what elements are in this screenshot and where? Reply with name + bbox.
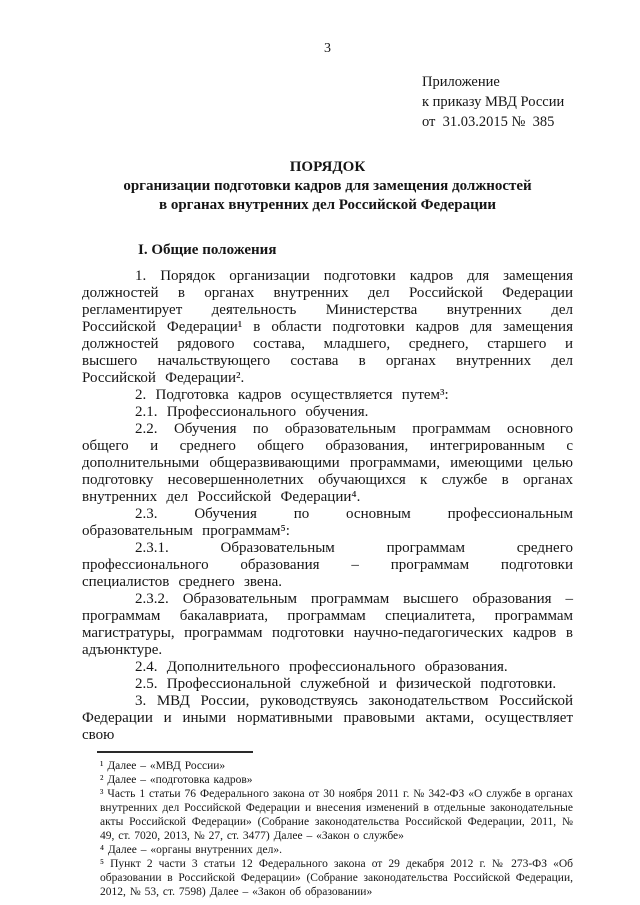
footnote-separator (97, 751, 253, 753)
title-line: ПОРЯДОК (82, 158, 573, 177)
body-paragraph: 2.1. Профессионального обучения. (82, 404, 573, 421)
document-title: ПОРЯДОК организации подготовки кадров дл… (82, 158, 573, 215)
appendix-block: Приложение к приказу МВД России от 31.03… (422, 72, 573, 132)
footnote: ¹ Далее – «МВД России» (100, 759, 573, 773)
appendix-line: Приложение (422, 72, 573, 92)
document-body: 1. Порядок организации подготовки кадров… (82, 268, 573, 744)
appendix-line: к приказу МВД России (422, 92, 573, 112)
body-paragraph: 2.3. Обучения по основным профессиональн… (82, 506, 573, 540)
appendix-line: от 31.03.2015 № 385 (422, 112, 573, 132)
body-paragraph: 2.5. Профессиональной служебной и физиче… (82, 676, 573, 693)
footnote: ² Далее – «подготовка кадров» (100, 773, 573, 787)
body-paragraph: 2.2. Обучения по образовательным програм… (82, 421, 573, 506)
footnote: ⁴ Далее – «органы внутренних дел». (100, 843, 573, 857)
section-heading: I. Общие положения (138, 242, 573, 259)
body-paragraph: 2.4. Дополнительного профессионального о… (82, 659, 573, 676)
footnote: ⁵ Пункт 2 части 3 статьи 12 Федерального… (100, 857, 573, 899)
footnotes-block: ¹ Далее – «МВД России» ² Далее – «подгот… (100, 759, 573, 899)
body-paragraph: 2.3.1. Образовательным программам средне… (82, 540, 573, 591)
body-paragraph: 2. Подготовка кадров осуществляется путе… (82, 387, 573, 404)
title-line: организации подготовки кадров для замеще… (82, 177, 573, 196)
body-paragraph: 2.3.2. Образовательным программам высшег… (82, 591, 573, 659)
body-paragraph: 3. МВД России, руководствуясь законодате… (82, 693, 573, 744)
title-line: в органах внутренних дел Российской Феде… (82, 196, 573, 215)
body-paragraph: 1. Порядок организации подготовки кадров… (82, 268, 573, 387)
document-page: 3 Приложение к приказу МВД России от 31.… (0, 0, 640, 905)
footnote: ³ Часть 1 статьи 76 Федерального закона … (100, 787, 573, 843)
page-number: 3 (82, 42, 573, 56)
